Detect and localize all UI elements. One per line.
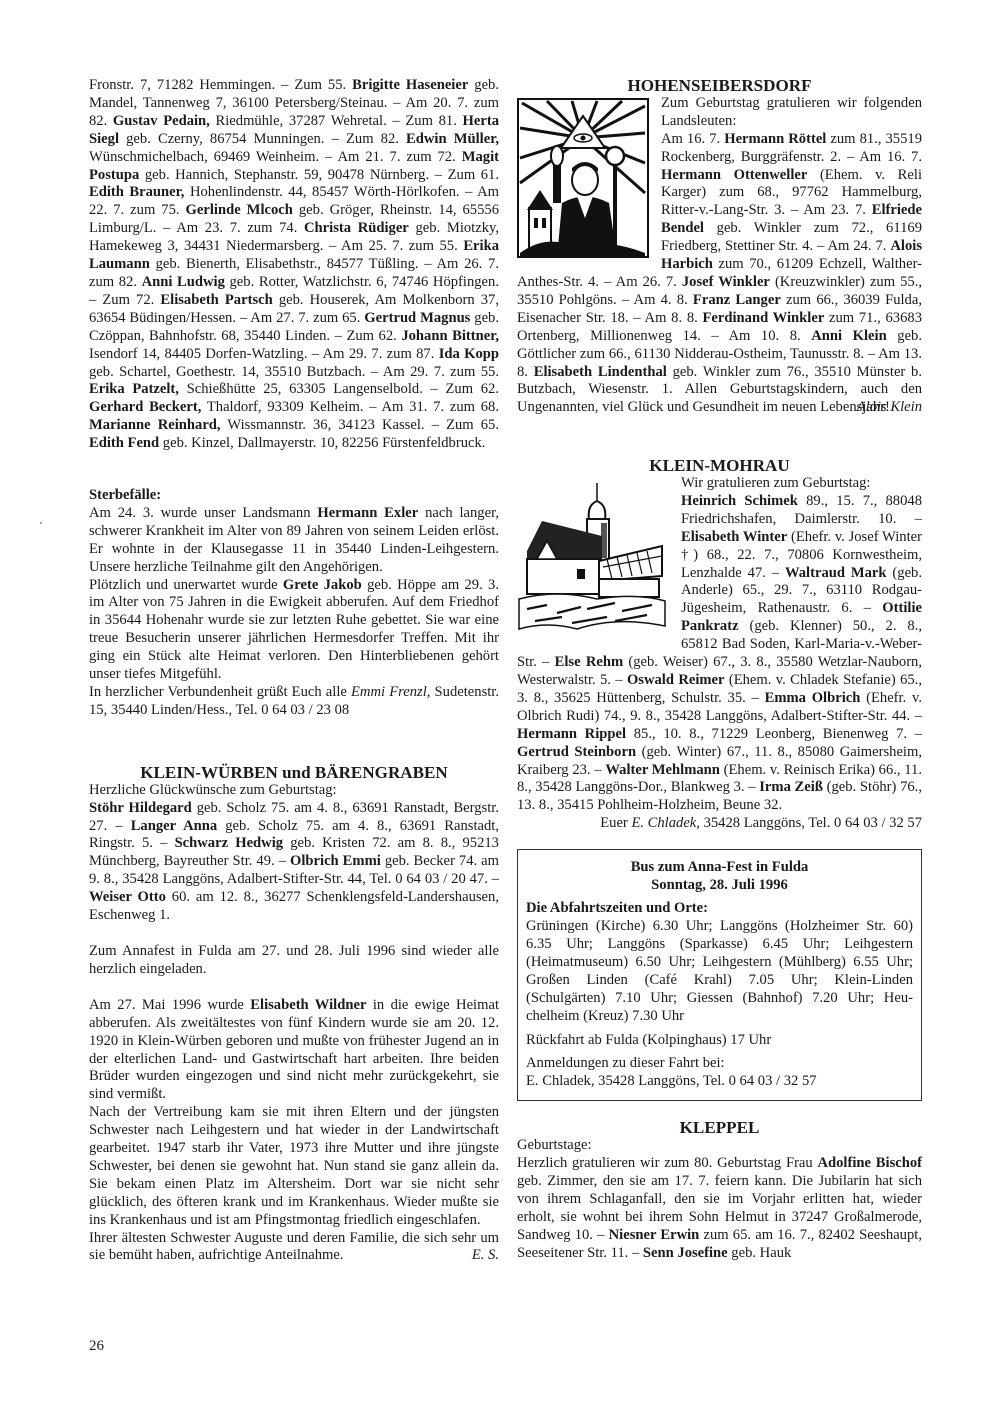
text-run: Wissmannstr. 36, 34123 Kas­sel. – Zum 65…	[221, 417, 499, 433]
name-highlight: Adolfine Bi­schof	[817, 1155, 922, 1171]
name-highlight: Senn Josefine	[643, 1245, 728, 1261]
return-trip: Rückfahrt ab Fulda (Kolpinghaus) 17 Uhr	[526, 1032, 913, 1050]
name-highlight: Heinrich Schimek	[681, 493, 798, 509]
departure-schedule: Grüningen (Kirche) 6.30 Uhr; Langgöns (H…	[526, 918, 913, 1025]
deaths-heading: Sterbefälle:	[89, 487, 499, 505]
name-highlight: Gertrud Magnus	[364, 310, 470, 326]
name-highlight: Stöhr Hildegard	[89, 800, 192, 816]
text-run: Am 16. 7.	[661, 131, 724, 147]
name-highlight: Elisabeth Wildner	[250, 997, 366, 1013]
text-run: Am 27. Mai 1996 wurde	[89, 997, 250, 1013]
condolence-auguste: Ihrer ältesten Schwester Auguste und der…	[89, 1230, 499, 1266]
bus-announcement-box: Bus zum Anna-Fest in Fulda Sonntag, 28. …	[517, 849, 922, 1101]
name-highlight: Emma Ol­brich	[765, 690, 861, 706]
obituary-elisabeth-wildner: Am 27. Mai 1996 wurde Elisabeth Wildner …	[89, 997, 499, 1104]
obituary-elisabeth-wildner-cont: Nach der Vertreibung kam sie mit ihren E…	[89, 1104, 499, 1229]
name-highlight: Olbrich Emmi	[290, 853, 381, 869]
italic-name: Emmi Frenzl,	[351, 684, 430, 700]
name-highlight: Schwarz Hedwig	[175, 835, 284, 851]
text-run: Herzlich gratulieren wir zum 80. Geburts…	[517, 1155, 817, 1171]
name-highlight: Edith Brauner,	[89, 184, 184, 200]
text-run: In herzlicher Verbundenheit grüßt Euch a…	[89, 684, 351, 700]
name-highlight: Marianne Reinhard,	[89, 417, 221, 433]
text-run: Isendorf 14, 84405 Dorfen-Watzling. – Am…	[89, 346, 439, 362]
name-highlight: Else Rehm	[555, 654, 623, 670]
name-highlight: Elisabeth Winter	[681, 529, 787, 545]
name-highlight: Gertrud Steinborn	[517, 744, 636, 760]
name-highlight: Langer Anna	[131, 818, 217, 834]
name-highlight: Walter Mehlmann	[605, 762, 720, 778]
klein-mohrau-closing: Euer E. Chladek, 35428 Langgöns, Tel. 0 …	[517, 815, 922, 833]
name-highlight: Johann Bittner,	[401, 328, 499, 344]
text-run: geb. Schartel, Goethestr. 14, 35510 Butz…	[89, 364, 499, 380]
name-highlight: Oswald Reimer	[627, 672, 725, 688]
name-highlight: Ed­win Müller,	[406, 131, 499, 147]
section-heading-kleppel: KLEPPEL	[517, 1119, 922, 1137]
text-run: Thaldorf, 93309 Kelheim. – Am 31. 7. zum…	[201, 399, 499, 415]
name-highlight: Edith Fend	[89, 435, 159, 451]
text-run: geb. Hannich, Stephanstr. 59, 90478 Nürn…	[139, 167, 499, 183]
name-highlight: Hermann Exler	[317, 505, 418, 521]
name-highlight: Franz Langer	[693, 292, 781, 308]
name-highlight: Ferdinand Winkler	[703, 310, 825, 326]
name-highlight: Elisabeth Lindenthal	[534, 364, 667, 380]
name-highlight: Irma Zeiß	[759, 779, 823, 795]
departure-heading: Die Abfahrtszeiten und Orte:	[526, 900, 913, 918]
left-column: Fronstr. 7, 71282 Hemmingen. – Zum 55. B…	[89, 77, 499, 1265]
text-run: Euer	[600, 815, 631, 831]
name-highlight: Josef Wink­ler	[682, 274, 770, 290]
text-run: Fronstr. 7, 71282 Hemmingen. – Zum 55.	[89, 77, 352, 93]
woodcut-illustration	[517, 98, 649, 264]
name-highlight: Gustav Pedain,	[113, 113, 210, 129]
annafest-invitation: Zum Annafest in Fulda am 27. und 28. Jul…	[89, 943, 499, 979]
name-highlight: Gerhard Beckert,	[89, 399, 201, 415]
kleppel-birthdays: Herzlich gratulieren wir zum 80. Geburts…	[517, 1155, 922, 1262]
name-highlight: Gerlinde Mlcoch	[186, 202, 293, 218]
text-run: geb. Czerny, 86754 Munningen. – Zum 82.	[119, 131, 406, 147]
italic-name: E. Chladek,	[631, 815, 700, 831]
page-number: 26	[89, 1338, 104, 1355]
name-highlight: Elisa­beth Partsch	[160, 292, 272, 308]
bus-title: Bus zum Anna-Fest in Fulda	[526, 858, 913, 876]
text-run: Wünschmichelbach, 69469 Weinheim. – Am 2…	[89, 149, 462, 165]
name-highlight: Anni Klein	[811, 328, 886, 344]
greeting-emmi-frenzl: In herzlicher Verbundenheit grüßt Euch a…	[89, 684, 499, 720]
registration-contact: E. Chladek, 35428 Langgöns, Tel. 0 64 03…	[526, 1073, 913, 1091]
text-run: geb. Kinzel, Dallmayerstr. 10, 82256 Für…	[159, 435, 485, 451]
text-run: Schießhütte 25, 63305 Langenselbold. – Z…	[179, 381, 499, 397]
name-highlight: Ida Kopp	[439, 346, 499, 362]
name-highlight: Grete Jakob	[283, 577, 362, 593]
text-run: Zum Geburtstag gratulieren wir folgen­de…	[661, 95, 922, 129]
right-column: HOHENSEIBERSDORF	[517, 77, 922, 1262]
text-run: Nach der Vertreibung kam sie mit ihren E…	[89, 1104, 499, 1227]
scan-speck	[40, 522, 42, 524]
name-highlight: Wal­traud Mark	[785, 565, 887, 581]
section-heading-klein-wuerben: KLEIN-WÜRBEN und BÄRENGRABEN	[89, 764, 499, 782]
name-highlight: Erika Patzelt,	[89, 381, 179, 397]
name-highlight: Weiser Otto	[89, 889, 166, 905]
section-heading-hohenseibersdorf: HOHENSEIBERSDORF	[517, 77, 922, 95]
name-highlight: Hermann Ottenweller	[661, 167, 807, 183]
text-run: Riedmühle, 37287 Wehretal. – Zum 81.	[210, 113, 463, 129]
klein-wuerben-intro: Herzliche Glückwünsche zum Geburtstag:	[89, 782, 499, 800]
name-highlight: Christa Rüdiger	[304, 220, 409, 236]
text-run: 85., 10. 8., 71229 Leon­berg, Bienenweg …	[626, 726, 922, 742]
name-highlight: Hermann Rippel	[517, 726, 626, 742]
name-highlight: Niesner Erwin	[609, 1227, 700, 1243]
klein-wuerben-birthdays: Stöhr Hildegard geb. Scholz 75. am 4. 8.…	[89, 800, 499, 925]
obituary-hermann-exler: Am 24. 3. wurde unser Landsmann Hermann …	[89, 505, 499, 577]
kleppel-intro: Geburtstage:	[517, 1137, 922, 1155]
name-highlight: Anni Ludwig	[142, 274, 225, 290]
church-drawing-icon	[517, 481, 667, 631]
signature-es: E. S.	[472, 1247, 499, 1265]
text-run: geb. Hauk	[728, 1245, 792, 1261]
text-run: Plötzlich und unerwartet wurde	[89, 577, 283, 593]
name-highlight: Brigitte Haseneier	[352, 77, 468, 93]
text-run: Am 24. 3. wurde unser Landsmann	[89, 505, 317, 521]
name-highlight: Hermann Röttel	[724, 131, 826, 147]
signature-alois-klein: Alois Klein	[857, 399, 922, 415]
section-heading-klein-mohrau: KLEIN-MOHRAU	[517, 457, 922, 475]
registration-label: Anmeldungen zu dieser Fahrt bei:	[526, 1055, 913, 1073]
obituary-grete-jakob: Plötzlich und unerwartet wurde Grete Jak…	[89, 577, 499, 684]
church-illustration	[517, 481, 667, 637]
text-run: Zum Annafest in Fulda am 27. und 28. Jul…	[89, 943, 499, 977]
bus-date: Sonntag, 28. Juli 1996	[526, 876, 913, 894]
saint-woodcut-icon	[517, 98, 649, 258]
text-run: 35428 Langgöns, Tel. 0 64 03 / 32 57	[700, 815, 922, 831]
birthday-list-continued: Fronstr. 7, 71282 Hemmingen. – Zum 55. B…	[89, 77, 499, 453]
